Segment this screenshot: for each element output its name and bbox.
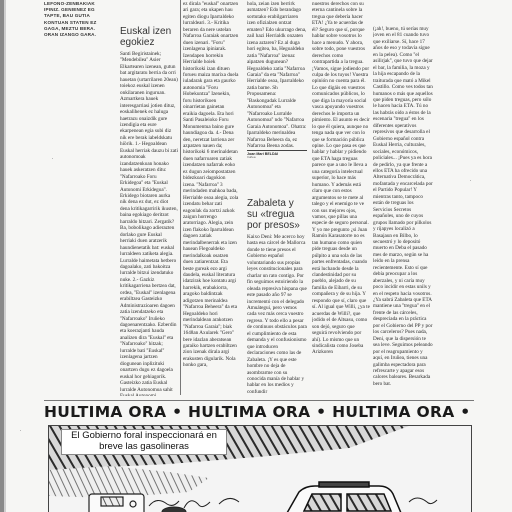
column-rule (180, 0, 181, 395)
article-1-column-2: ez dirala ''euskal'' onartzen ari gara; … (183, 1, 239, 396)
article-2-body-3: (¡ah!, bueno, tú serías muy joven en el … (373, 26, 433, 387)
article-1-credit: Iruñea (247, 156, 307, 160)
article-2-body-1: Kaixo Deni: Me acerco hoy hasta esa cárc… (247, 234, 307, 395)
article-2-column-3: (¡ah!, bueno, tú serías muy joven en el … (373, 26, 433, 388)
article-1-column-1: Euskal izen egokiez Santi Begiristainek;… (120, 26, 178, 396)
article-1-body-2: ez dirala ''euskal'' onartzen ari gara; … (183, 1, 239, 369)
article-2-column-2: nuestros derechos con su eterna cantinel… (312, 1, 370, 396)
scan-speck (20, 430, 21, 431)
article-1-body-3: hola, zeian izen berrirk asmatzen? Edo b… (247, 1, 307, 149)
scan-speck (470, 180, 471, 181)
article-1-column-3: hola, zeian izen berrirk asmatzen? Edo b… (247, 1, 307, 179)
article-2-headline: Zabaleta y su «tregua por presos» (247, 198, 307, 231)
article-1-headline: Euskal izen egokiez (120, 26, 178, 48)
scan-speck (52, 158, 53, 159)
editorial-cartoon: El Gobierno foral inspeccionará en breve… (48, 425, 472, 512)
top-blurb: LEFONO-ZENBAKIAK IPINIZ. GENIENEZ EG TAP… (44, 1, 102, 38)
scan-edge-shadow (4, 0, 6, 512)
article-2-body-2: nuestros derechos con su eterna cantinel… (312, 1, 370, 356)
article-2-column-1: Zabaleta y su «tregua por presos» Kaixo … (247, 198, 307, 396)
breaking-news-ticker: HULTIMA ORA • HULTIMA ORA • HULTIMA ORA … (44, 400, 474, 423)
cartoon-caption: El Gobierno foral inspeccionará en breve… (61, 429, 227, 455)
article-1-body-1: Santi Begiristainek; ''Mendebilea'' Asie… (120, 51, 178, 396)
